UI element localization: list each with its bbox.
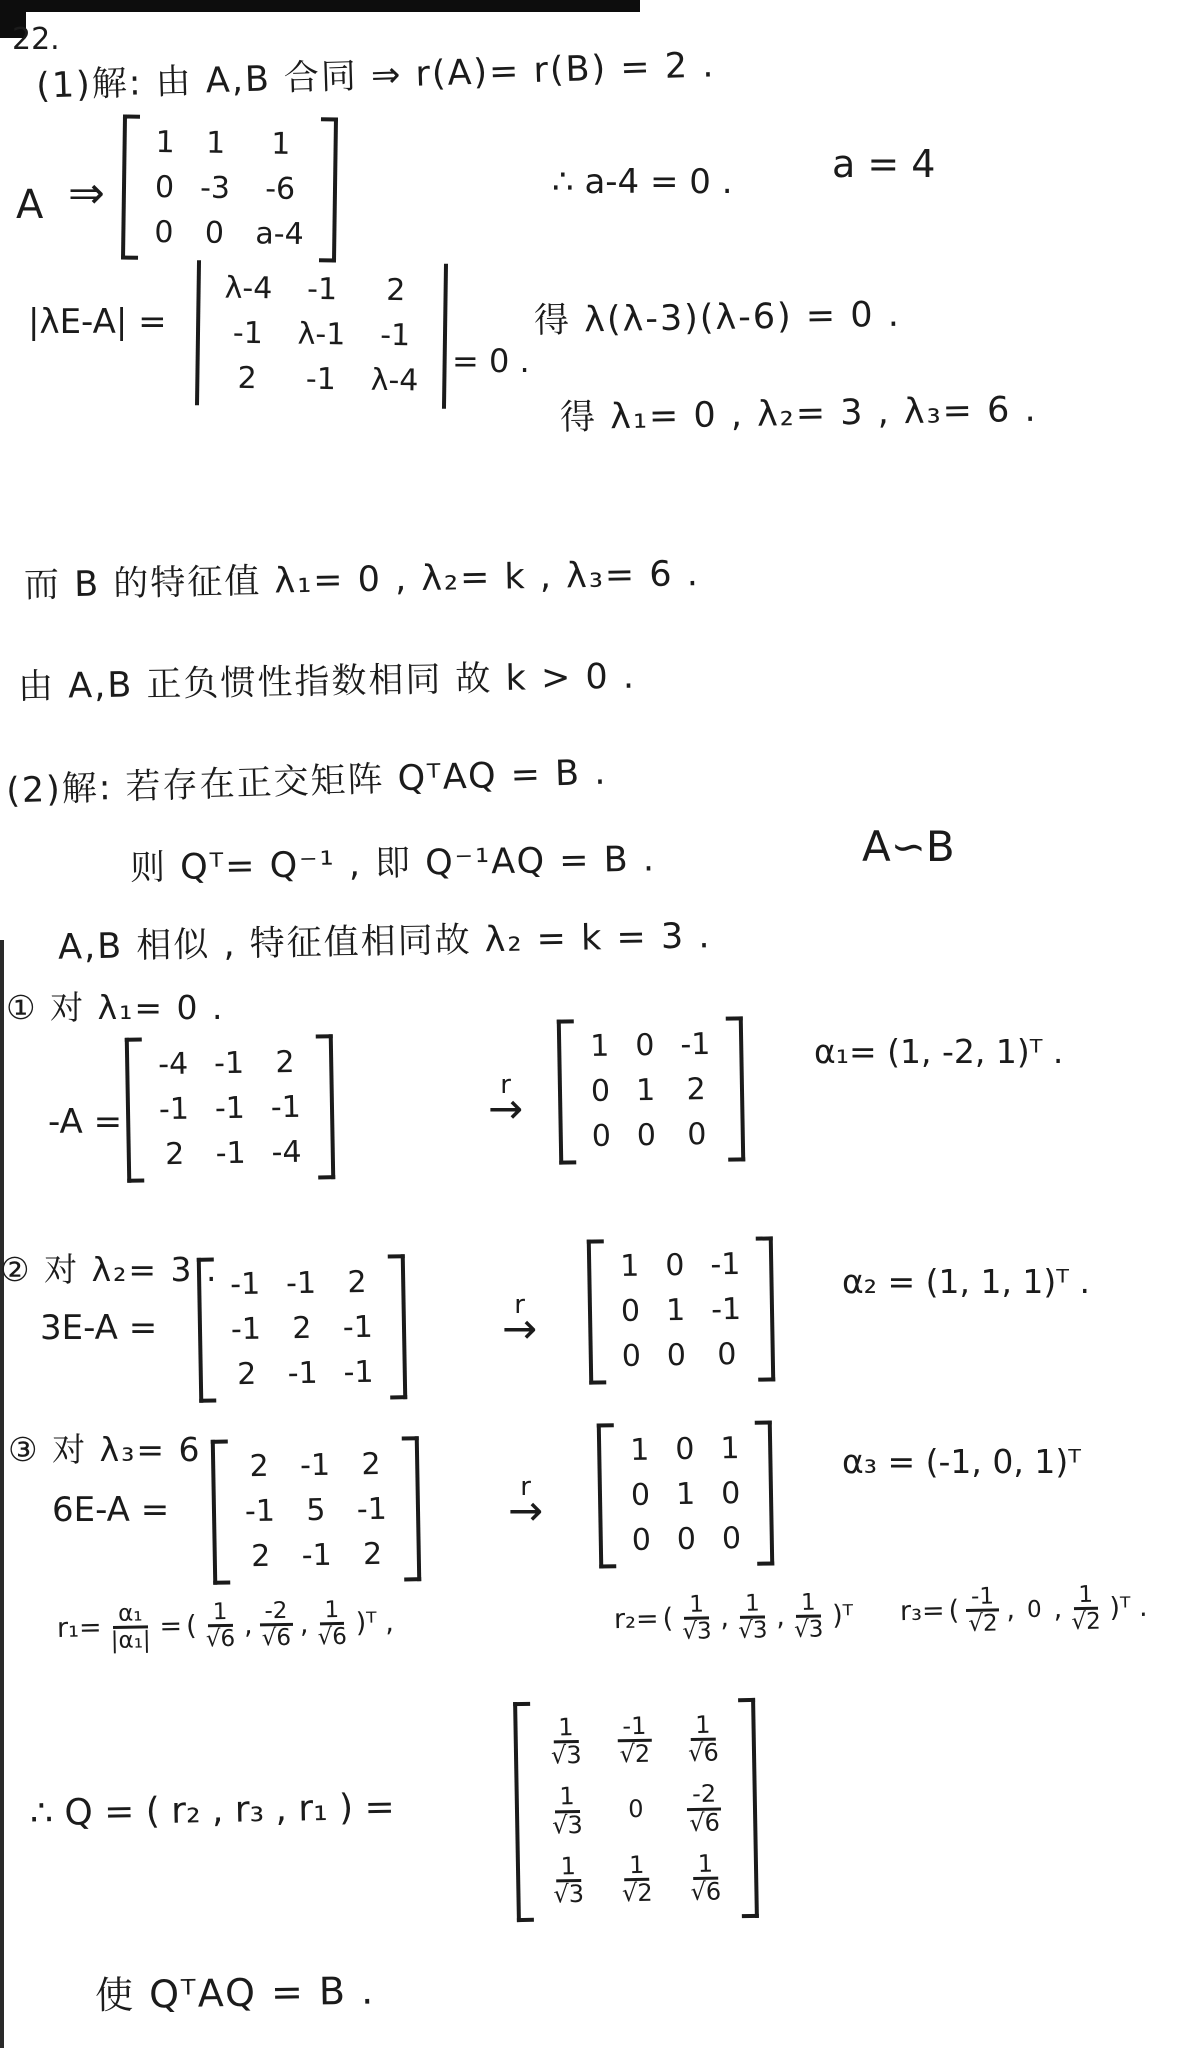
close-paren-transpose: )ᵀ ,	[355, 1607, 394, 1639]
matrix-cell: 2	[165, 1137, 185, 1172]
r1-norm-fraction: α₁ |α₁|	[108, 1601, 153, 1653]
q-matrix: 1 √3 -1 √2 1 √6 1 √3 0 -2 √6	[513, 1698, 758, 1922]
matrix-cell: -1	[215, 1136, 246, 1172]
fraction-numerator: 1	[553, 1715, 579, 1744]
part2-heading: (2)解: 若存在正交矩阵 QᵀAQ = B .	[5, 745, 608, 814]
fraction-denominator: √2	[617, 1742, 652, 1768]
matrix-cell: 0	[667, 1338, 687, 1373]
matrix-cell: a-4	[255, 216, 304, 252]
det-cell: λ-1	[297, 317, 345, 353]
matrix-cell: -1	[357, 1492, 388, 1528]
case3-lhs: 6E-A =	[52, 1490, 169, 1530]
matrix-cell: -1	[245, 1494, 276, 1530]
matrix-cell: -1	[287, 1356, 318, 1392]
matrix-cell: -3	[200, 171, 230, 206]
det-cell: -1	[307, 272, 337, 307]
open-paren: (	[662, 1603, 673, 1634]
fraction-denominator: √3	[680, 1619, 714, 1644]
r2-label: r₂=	[614, 1603, 659, 1635]
r3-label: r₃=	[900, 1596, 945, 1628]
matrix-cell: -1	[231, 1312, 262, 1348]
r1-label: r₁=	[57, 1612, 102, 1644]
bracket-right	[319, 117, 338, 262]
matrix-cell: 1	[636, 1073, 656, 1108]
comma: ,	[1053, 1593, 1062, 1624]
similarity-note: A∽B	[862, 822, 955, 871]
bracket-left	[121, 115, 140, 260]
fraction-numerator: 1	[690, 1713, 716, 1742]
bracket-right	[756, 1236, 776, 1381]
vector-entry: 1 √6	[203, 1600, 237, 1652]
matrix-cell: -1	[711, 1292, 742, 1328]
det-cell: λ-4	[370, 363, 418, 399]
matrix-cell: 2	[292, 1311, 312, 1346]
matrix-cell: 0	[722, 1521, 742, 1556]
case3-label: ③ 对 λ₃= 6	[8, 1424, 201, 1471]
fraction-numerator: -2	[687, 1782, 721, 1811]
matrix-cell: 1	[676, 1477, 696, 1512]
unit-vector-r1: r₁= α₁ |α₁| = ( 1 √6 , -2 √6 , 1 √6 )ᵀ ,	[55, 1597, 397, 1654]
comma: ,	[720, 1602, 729, 1633]
matrix-cell: -1	[271, 1090, 302, 1126]
matrix-cell: 1	[630, 1433, 650, 1468]
scan-top-bar	[0, 0, 640, 12]
comma: ,	[244, 1610, 253, 1641]
q-matrix-cell: 1 √3	[550, 1784, 585, 1838]
matrix-cell: 1	[155, 125, 175, 160]
det-cell: λ-4	[224, 271, 272, 307]
matrix-cell: 2	[237, 1357, 257, 1392]
matrix-cell: 0	[665, 1248, 685, 1283]
fraction-numerator: 1	[684, 1592, 709, 1620]
bracket-right	[387, 1254, 407, 1399]
congruence-arrow-icon: ⇒	[68, 168, 105, 219]
matrix-cell: 0	[687, 1117, 707, 1152]
comma: ,	[776, 1601, 785, 1632]
matrix-cell: 0	[621, 1339, 641, 1374]
matrix-cell: -1	[300, 1448, 331, 1484]
final-conclusion: 使 QᵀAQ = B .	[95, 1960, 376, 2020]
arrow-glyph: →	[488, 1088, 523, 1130]
problem-number: 22.	[12, 22, 60, 57]
arrow-glyph: →	[508, 1490, 543, 1532]
char-poly-roots: 得 λ(λ-3)(λ-6) = 0 .	[534, 287, 902, 343]
det-cell: 2	[237, 361, 257, 396]
matrix-cell: 1	[271, 127, 291, 162]
unit-vector-r2: r₂= ( 1 √3 , 1 √3 , 1 √3 )ᵀ	[612, 1590, 856, 1646]
eigenvector-alpha1: α₁= (1, -2, 1)ᵀ .	[814, 1032, 1063, 1071]
matrix-cell: -1	[286, 1266, 317, 1302]
q-matrix-cell: -1 √2	[617, 1714, 652, 1768]
fraction-numerator: 1	[554, 1784, 580, 1813]
matrix-cell: 2	[251, 1539, 271, 1574]
part1-heading: (1)解: 由 A,B 合同 ⇒ r(A)= r(B) = 2 .	[35, 37, 716, 108]
matrix-cell: -1	[343, 1310, 374, 1346]
matrix-cell: 2	[347, 1265, 367, 1300]
fraction-numerator: 1	[740, 1591, 765, 1619]
fraction-numerator: 1	[319, 1598, 344, 1626]
fraction-denominator: |α₁|	[109, 1628, 153, 1653]
matrix-cell: 2	[361, 1447, 381, 1482]
bracket-right	[401, 1436, 421, 1581]
case2-label: ② 对 λ₂= 3 .	[0, 1244, 218, 1291]
fraction-denominator: √3	[792, 1618, 826, 1643]
vector-entry: 1 √3	[680, 1592, 714, 1644]
inertia-index-line: 由 A,B 正负惯性指数相同 故 k > 0 .	[18, 649, 637, 710]
case2-lhs: 3E-A =	[40, 1308, 157, 1348]
matrix-cell: 2	[363, 1537, 383, 1572]
matrix-cell: -1	[301, 1538, 332, 1574]
case2-matrix: -1 -1 2 -1 2 -1 2 -1 -1	[197, 1254, 407, 1403]
fraction-denominator: √3	[550, 1812, 585, 1838]
vector-entry: -1 √2	[966, 1584, 1000, 1636]
fraction-denominator: √6	[204, 1627, 238, 1652]
comma: ,	[1006, 1594, 1015, 1625]
matrix-cell: 0	[631, 1523, 651, 1558]
case1-lhs: -A =	[48, 1102, 122, 1142]
case1-reduced-matrix: 1 0 -1 0 1 2 0 0 0	[557, 1016, 746, 1164]
vector-entry: 1 √2	[1069, 1583, 1103, 1635]
fraction-numerator: 0	[623, 1797, 649, 1823]
handwritten-solution-page: 22. (1)解: 由 A,B 合同 ⇒ r(A)= r(B) = 2 . A …	[0, 0, 1195, 2048]
matrix-cell: 0	[721, 1476, 741, 1511]
orthogonal-inverse-line: 则 Qᵀ= Q⁻¹ , 即 Q⁻¹AQ = B .	[130, 831, 657, 890]
matrix-cell: 0	[621, 1294, 641, 1329]
matrix-cell: 0	[631, 1478, 651, 1513]
fraction-numerator: 1	[796, 1590, 821, 1618]
open-paren: (	[186, 1611, 197, 1642]
matrix-cell: 0	[677, 1522, 697, 1557]
fraction-denominator: √3	[549, 1743, 584, 1769]
matrix-cell: -6	[265, 171, 295, 206]
fraction-numerator: 1	[555, 1854, 581, 1883]
matrix-cell: -1	[159, 1092, 190, 1128]
matrix-cell: -1	[230, 1267, 261, 1303]
matrix-cell: 1	[620, 1249, 640, 1284]
close-paren-transpose: )ᵀ .	[1109, 1592, 1148, 1624]
det-equals-zero: = 0 .	[452, 342, 530, 380]
fraction-denominator: √6	[686, 1741, 721, 1767]
fraction-numerator: -1	[966, 1584, 999, 1612]
close-paren-transpose: )ᵀ	[832, 1600, 853, 1631]
det-cell: -1	[306, 362, 336, 397]
det-bar-right	[434, 264, 448, 409]
matrix-a-label: A	[16, 182, 43, 228]
fraction-numerator: 1	[693, 1851, 719, 1880]
similarity-conclusion: A,B 相似 , 特征值相同故 λ₂ = k = 3 .	[58, 908, 712, 969]
matrix-cell: 1	[590, 1029, 610, 1064]
fraction-numerator: 0	[1022, 1597, 1047, 1622]
vector-entry: 1 √3	[791, 1590, 825, 1642]
q-matrix-cell: 1 √3	[548, 1715, 583, 1769]
matrix-cell: 0	[205, 216, 225, 251]
case3-matrix: 2 -1 2 -1 5 -1 2 -1 2	[211, 1436, 421, 1585]
fraction-denominator: √3	[551, 1882, 586, 1908]
matrix-cell: 0	[591, 1074, 611, 1109]
matrix-cell: 0	[637, 1118, 657, 1153]
equals-sign: =	[159, 1611, 182, 1642]
fraction-numerator: α₁	[113, 1601, 148, 1629]
fraction-numerator: -1	[617, 1714, 651, 1743]
q-matrix-cell: 0	[623, 1797, 649, 1823]
scan-left-edge-line	[0, 940, 4, 2048]
arrow-glyph: →	[502, 1308, 537, 1350]
matrix-cell: -1	[710, 1247, 741, 1283]
char-poly-lhs: |λE-A| =	[28, 302, 167, 342]
row-reduce-arrow-icon: r →	[508, 1474, 543, 1532]
bracket-right	[726, 1016, 746, 1161]
matrix-cell: 2	[686, 1072, 706, 1107]
case1-label: ① 对 λ₁= 0 .	[6, 982, 224, 1029]
fraction-numerator: 1	[208, 1600, 233, 1628]
fraction-denominator: √6	[687, 1810, 722, 1836]
case1-matrix: -4 -1 2 -1 -1 -1 2 -1 -4	[125, 1034, 335, 1183]
matrix-cell: -1	[343, 1355, 374, 1391]
vector-entry: 1 √6	[315, 1598, 349, 1650]
vector-entry: 1 √3	[736, 1591, 770, 1643]
matrix-cell: 0	[154, 215, 174, 250]
matrix-a: 1 1 1 0 -3 -6 0 0 a-4	[121, 115, 338, 263]
bracket-right	[738, 1698, 759, 1918]
a-value-conclusion: ∴ a-4 = 0 .	[552, 162, 733, 202]
fraction-denominator: √6	[688, 1879, 723, 1905]
fraction-denominator: √2	[620, 1881, 655, 1907]
fraction-denominator: √3	[736, 1619, 770, 1644]
bracket-right	[315, 1034, 335, 1179]
case2-reduced-matrix: 1 0 -1 0 1 -1 0 0 0	[587, 1236, 776, 1384]
case3-reduced-matrix: 1 0 1 0 1 0 0 0 0	[597, 1420, 775, 1568]
fraction-denominator: √6	[260, 1626, 294, 1651]
vector-entry: -2 √6	[259, 1599, 293, 1651]
a-value-result: a = 4	[832, 142, 935, 186]
matrix-cell: 0	[635, 1028, 655, 1063]
matrix-cell: 0	[155, 170, 175, 205]
matrix-cell: -1	[215, 1091, 246, 1127]
fraction-denominator: √2	[966, 1612, 1000, 1637]
open-paren: (	[948, 1595, 959, 1626]
matrix-cell: 1	[206, 126, 226, 161]
row-reduce-arrow-icon: r →	[488, 1072, 523, 1130]
eigenvalues-of-a: 得 λ₁= 0 , λ₂= 3 , λ₃= 6 .	[560, 382, 1038, 440]
q-definition-lhs: ∴ Q = ( r₂ , r₃ , r₁ ) =	[30, 1787, 395, 1834]
q-matrix-cell: 1 √2	[619, 1852, 654, 1906]
comma: ,	[300, 1609, 309, 1640]
matrix-cell: 0	[591, 1119, 611, 1154]
fraction-numerator: -2	[259, 1599, 292, 1627]
matrix-cell: 2	[249, 1449, 269, 1484]
matrix-cell: 5	[306, 1493, 326, 1528]
eigenvector-alpha3: α₃ = (-1, 0, 1)ᵀ	[842, 1442, 1081, 1481]
matrix-cell: -4	[158, 1047, 189, 1083]
vector-entry: 0	[1022, 1597, 1047, 1622]
matrix-cell: -1	[214, 1046, 245, 1082]
matrix-cell: -1	[680, 1027, 711, 1063]
matrix-cell: 2	[275, 1045, 295, 1080]
det-cell: 2	[386, 273, 406, 308]
matrix-cell: 0	[717, 1337, 737, 1372]
matrix-cell: -4	[271, 1135, 302, 1171]
eigenvalues-of-b: 而 B 的特征值 λ₁= 0 , λ₂= k , λ₃= 6 .	[24, 546, 701, 608]
det-cell: -1	[233, 316, 263, 351]
matrix-cell: 1	[666, 1293, 686, 1328]
fraction-numerator: 1	[1073, 1583, 1098, 1611]
fraction-numerator: 1	[624, 1853, 650, 1882]
eigenvector-alpha2: α₂ = (1, 1, 1)ᵀ .	[842, 1262, 1090, 1301]
row-reduce-arrow-icon: r →	[502, 1292, 537, 1350]
q-matrix-cell: 1 √6	[685, 1713, 720, 1767]
q-matrix-cell: -2 √6	[687, 1782, 722, 1836]
char-poly-determinant: λ-4 -1 2 -1 λ-1 -1 2 -1 λ-4	[195, 260, 448, 408]
det-cell: -1	[380, 318, 410, 353]
fraction-denominator: √6	[315, 1625, 349, 1650]
bracket-right	[755, 1420, 775, 1565]
matrix-cell: 0	[675, 1432, 695, 1467]
q-matrix-cell: 1 √3	[551, 1854, 586, 1908]
matrix-cell: 1	[720, 1431, 740, 1466]
fraction-denominator: √2	[1069, 1610, 1103, 1635]
q-matrix-cell: 1 √6	[688, 1851, 723, 1905]
unit-vector-r3: r₃= ( -1 √2 , 0 , 1 √2 )ᵀ .	[898, 1582, 1150, 1638]
